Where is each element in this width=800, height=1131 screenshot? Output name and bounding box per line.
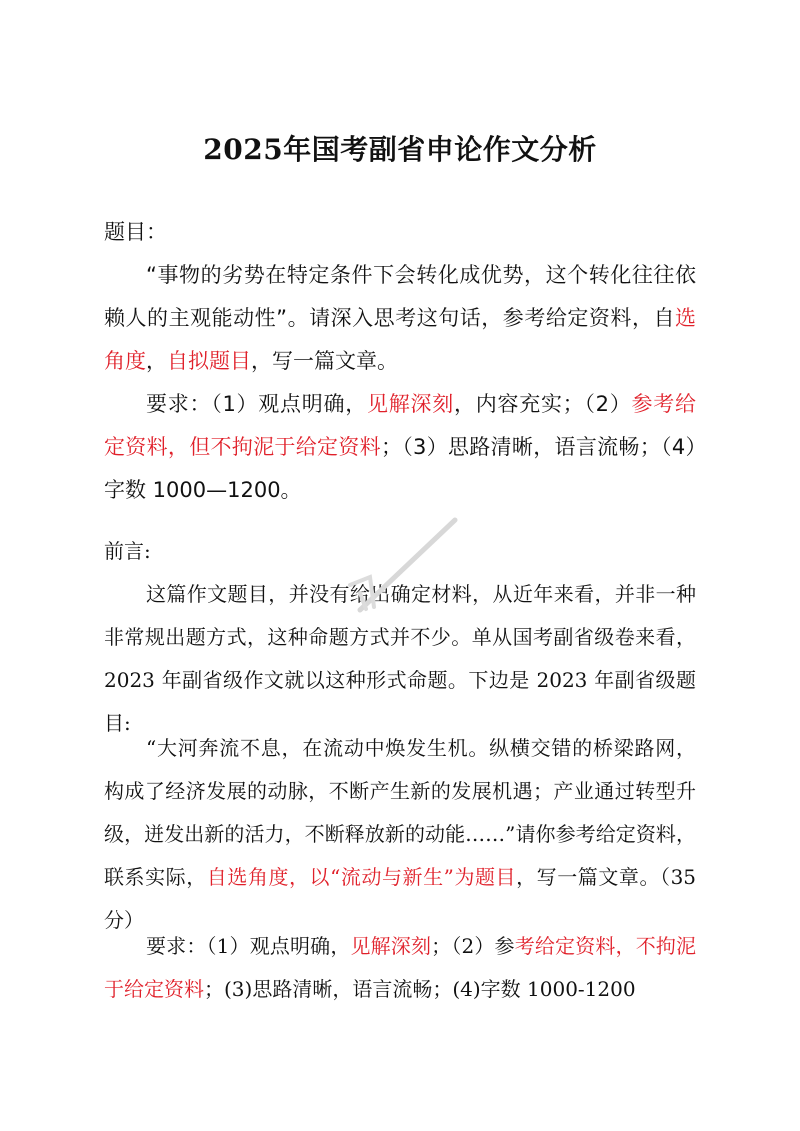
topic-quote-highlight: 自拟题目 [167, 349, 251, 373]
topic-label: 题目： [104, 211, 696, 254]
topic-quote: “事物的劣势在特定条件下会转化成优势，这个转化往往依赖人的主观能动性”。请深入思… [104, 254, 696, 383]
topic-quote-text: “事物的劣势在特定条件下会转化成优势，这个转化往往依赖人的主观能动性”。请深入思… [104, 263, 696, 330]
topic-label-text: 题目： [104, 220, 167, 244]
preface-label: 前言: [104, 530, 696, 573]
requirements-2023-text: ；（2）参 [431, 934, 515, 958]
requirements-text: 要求：（1）观点明确， [146, 392, 367, 416]
topic-quote-text: ， [146, 349, 167, 373]
quote-2023: “大河奔流不息，在流动中焕发生机。纵横交错的桥梁路网，构成了经济发展的动脉，不断… [104, 727, 696, 942]
preface-text: 这篇作文题目，并没有给出确定材料，从近年来看，并非一种非常规出题方式，这种命题方… [104, 582, 696, 735]
topic-quote-text: ，写一篇文章。 [251, 349, 398, 373]
requirements-text: ，内容充实；（2） [454, 392, 632, 416]
requirements-highlight: 见解深刻 [367, 392, 454, 416]
preface-paragraph: 这篇作文题目，并没有给出确定材料，从近年来看，并非一种非常规出题方式，这种命题方… [104, 573, 696, 745]
page-title: 2025年国考副省申论作文分析 [0, 128, 800, 168]
document-page: 2025年国考副省申论作文分析 题目： “事物的劣势在特定条件下会转化成优势，这… [0, 0, 800, 1131]
preface-label-text: 前言: [104, 539, 151, 563]
requirements-2023-text: ；(3)思路清晰，语言流畅；(4)字数 1000-1200 [204, 977, 636, 1001]
requirements: 要求：（1）观点明确，见解深刻，内容充实；（2）参考给定资料，但不拘泥于给定资料… [104, 383, 696, 512]
requirements-2023-text: 要求：（1）观点明确， [146, 934, 351, 958]
requirements-2023: 要求：（1）观点明确，见解深刻；（2）参考给定资料，不拘泥于给定资料；(3)思路… [104, 925, 696, 1011]
quote-2023-highlight: 自选角度，以“流动与新生”为题目 [207, 865, 516, 889]
requirements-2023-highlight: 见解深刻 [351, 934, 432, 958]
